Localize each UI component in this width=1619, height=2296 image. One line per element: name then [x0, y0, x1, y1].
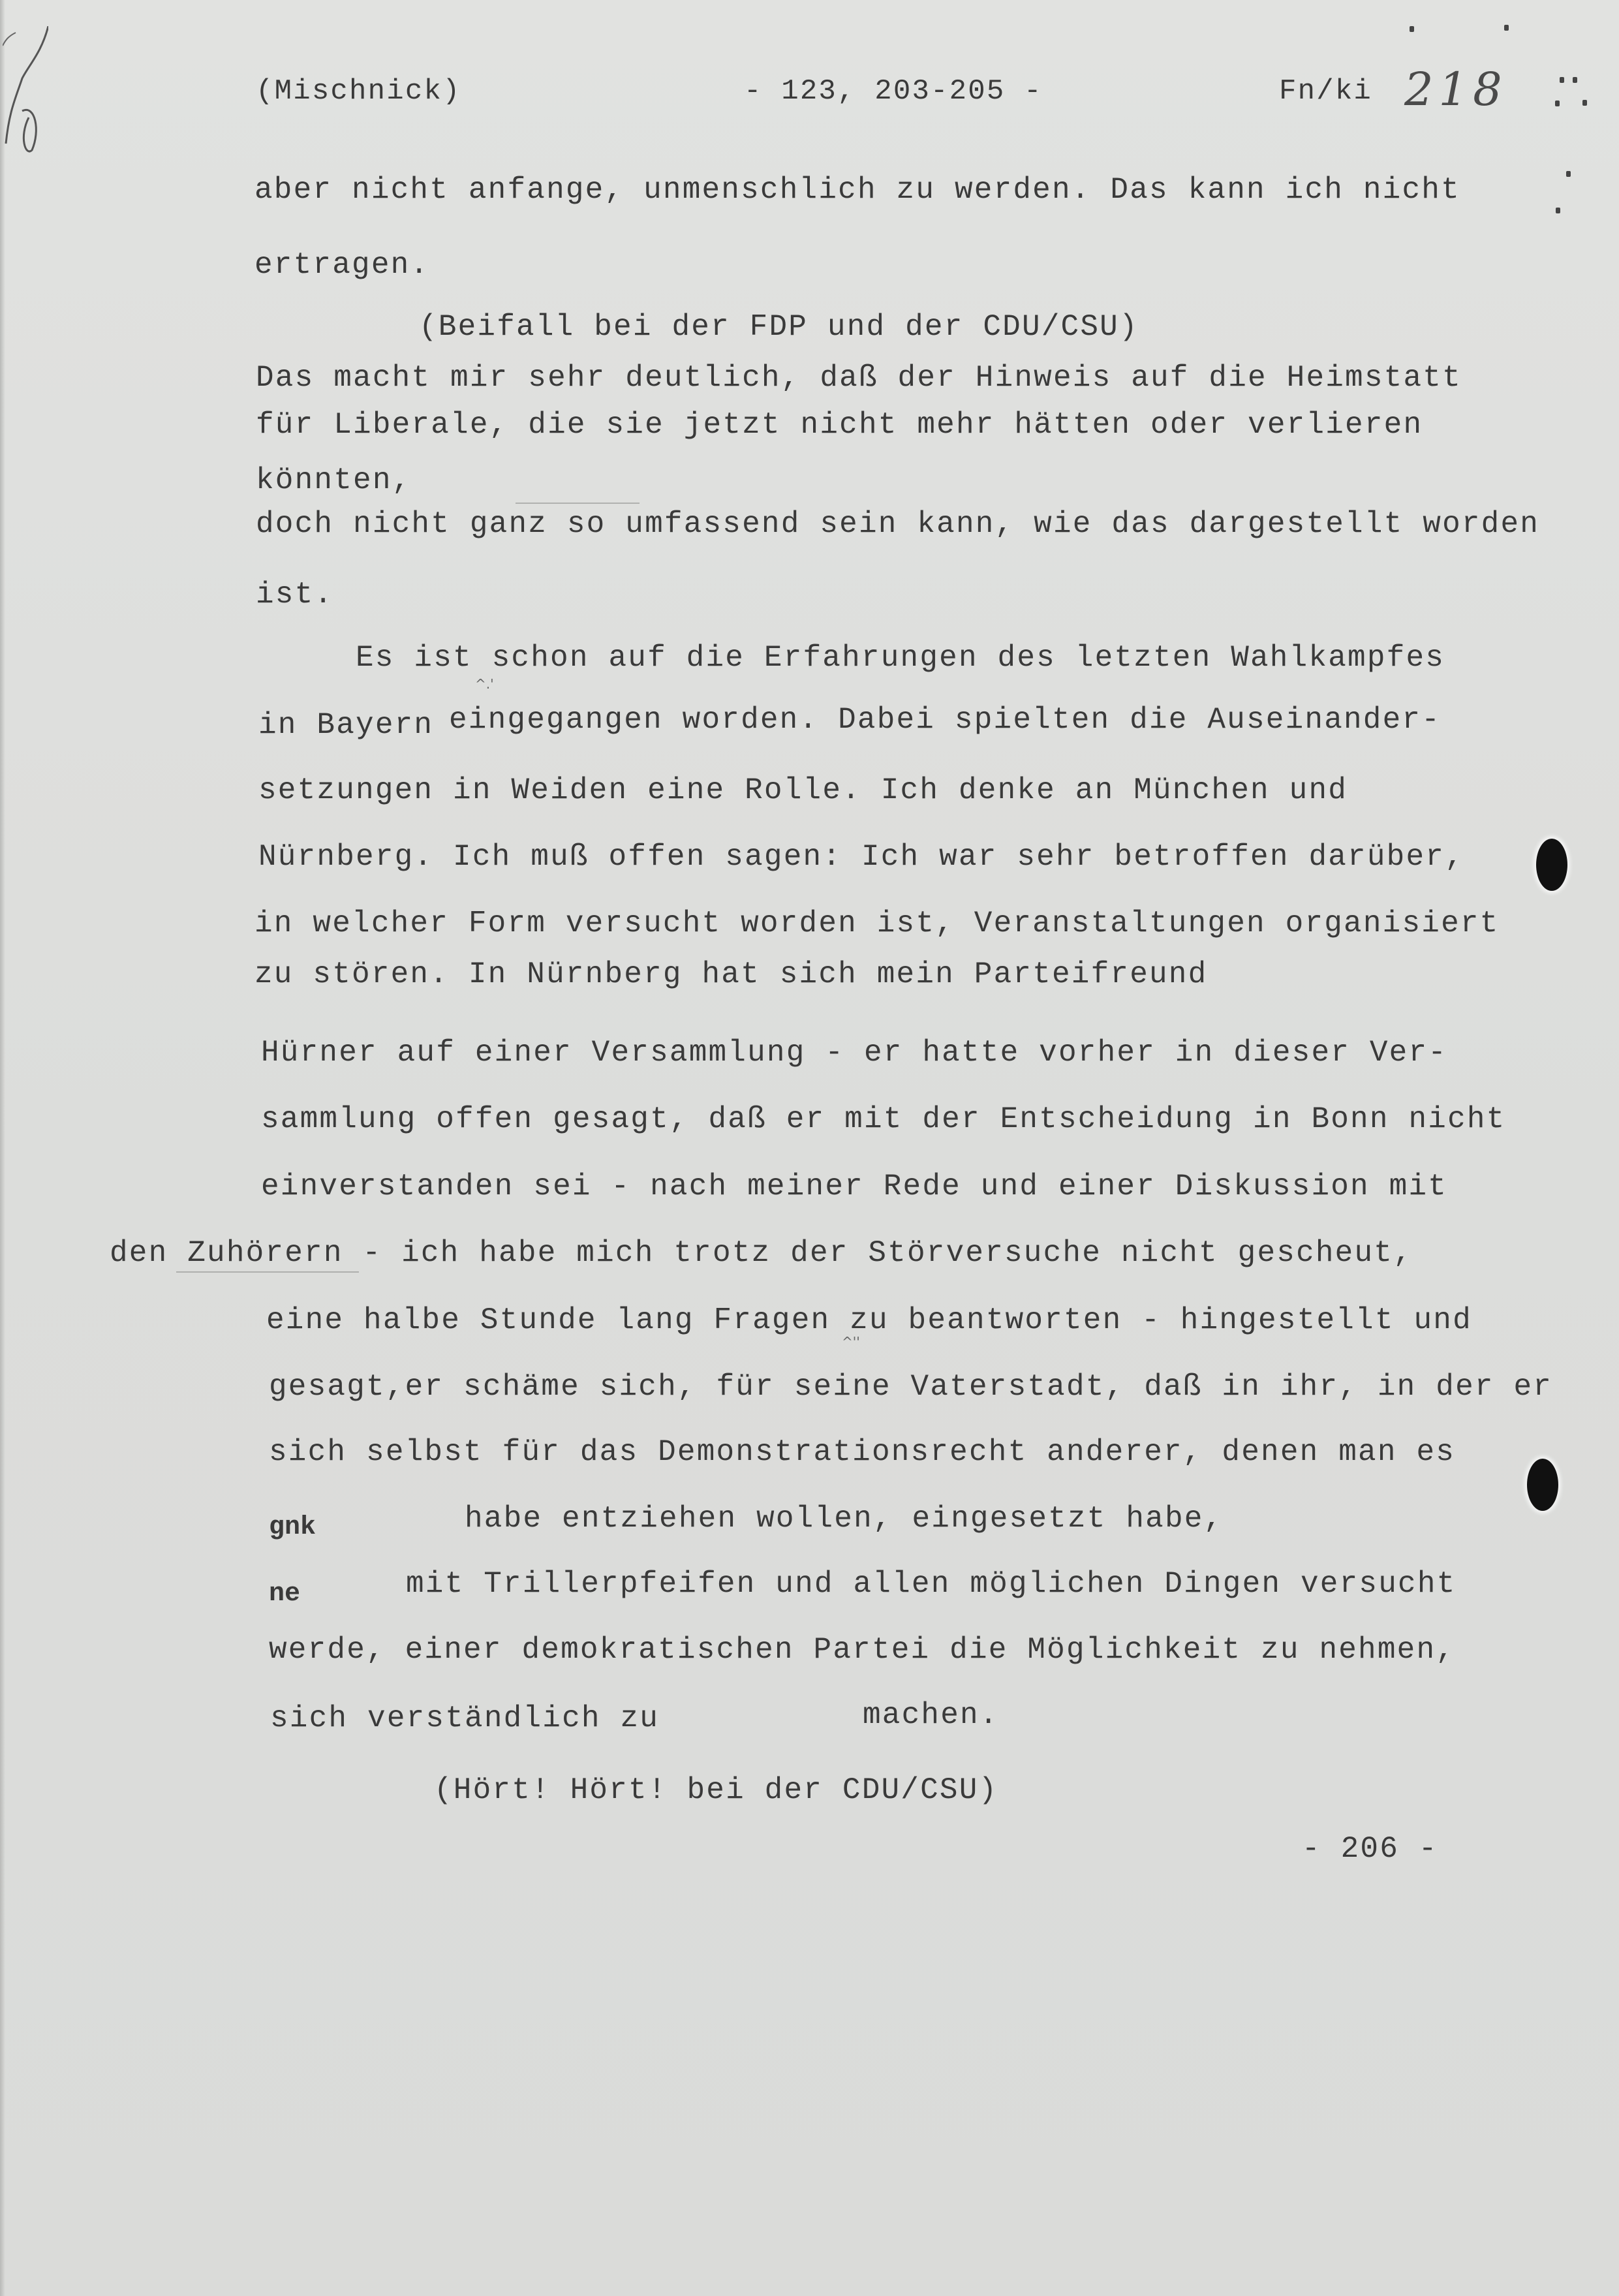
document-page: (Mischnick) - 123, 203-205 - Fn/ki 218 a…	[0, 0, 1619, 2296]
text-line: mit Trillerpfeifen und allen möglichen D…	[406, 1569, 1456, 1599]
text-line: ist.	[256, 580, 333, 610]
text-line: aber nicht anfange, unmenschlich zu werd…	[254, 175, 1460, 205]
pencil-mark	[516, 503, 640, 504]
text-line: zu stören. In Nürnberg hat sich mein Par…	[254, 959, 1207, 989]
struck-out-text: gnk	[269, 1513, 316, 1542]
punch-hole	[1527, 1459, 1558, 1511]
text-line: könnten,	[256, 465, 411, 495]
pin-mark	[1560, 77, 1564, 83]
punch-hole	[1536, 839, 1567, 891]
text-line: eingegangen worden. Dabei spielten die A…	[449, 705, 1441, 735]
page-reference: - 123, 203-205 -	[744, 77, 1043, 106]
next-page-number: - 206 -	[1302, 1834, 1438, 1864]
text-line: habe entziehen wollen, eingesetzt habe,	[465, 1504, 1223, 1534]
interjection-note: (Hört! Hört! bei der CDU/CSU)	[434, 1775, 998, 1805]
struck-out-text: ne	[269, 1579, 300, 1609]
text-line: machen.	[863, 1700, 999, 1730]
text-line: den Zuhörern - ich habe mich trotz der S…	[110, 1238, 1413, 1268]
applause-note: (Beifall bei der FDP und der CDU/CSU)	[419, 312, 1139, 342]
text-line: ertragen.	[254, 250, 429, 280]
pin-mark	[1573, 77, 1577, 83]
text-line: Das macht mir sehr deutlich, daß der Hin…	[256, 363, 1462, 393]
text-line: sich verständlich zu	[270, 1703, 659, 1733]
pin-mark	[1555, 101, 1560, 106]
staple-mark	[1504, 25, 1509, 31]
text-line: in welcher Form versucht worden ist, Ver…	[254, 908, 1500, 939]
pin-mark	[1566, 171, 1571, 177]
page-edge-shadow	[0, 0, 5, 2296]
text-line: für Liberale, die sie jetzt nicht mehr h…	[256, 410, 1423, 440]
text-line: sich selbst für das Demonstrationsrecht …	[269, 1437, 1455, 1467]
typist-code: Fn/ki	[1279, 77, 1372, 106]
pin-mark	[1556, 208, 1560, 213]
text-line: werde, einer demokratischen Partei die M…	[269, 1635, 1455, 1665]
text-line: setzungen in Weiden eine Rolle. Ich denk…	[258, 775, 1348, 805]
text-line: sammlung offen gesagt, daß er mit der En…	[261, 1104, 1506, 1134]
pencil-mark	[176, 1271, 359, 1273]
text-line: einverstanden sei - nach meiner Rede und…	[261, 1171, 1447, 1202]
text-line: doch nicht ganz so umfassend sein kann, …	[256, 509, 1539, 539]
stamped-page-number: 218	[1404, 63, 1507, 116]
handwritten-initials-icon	[3, 26, 48, 157]
text-line: Es ist schon auf die Erfahrungen des let…	[356, 643, 1445, 673]
staple-mark	[1410, 26, 1414, 32]
proofreading-mark: ^.'	[475, 676, 494, 692]
speaker-name: (Mischnick)	[256, 77, 461, 106]
text-line: gesagt,er schäme sich, für seine Vaterst…	[269, 1372, 1552, 1402]
text-line: eine halbe Stunde lang Fragen zu beantwo…	[266, 1305, 1472, 1335]
text-line: Nürnberg. Ich muß offen sagen: Ich war s…	[258, 842, 1464, 872]
text-line: in Bayern	[258, 710, 433, 740]
proofreading-mark: ^''	[842, 1334, 860, 1350]
text-line: Hürner auf einer Versammlung - er hatte …	[261, 1038, 1447, 1068]
pin-mark	[1582, 100, 1587, 106]
